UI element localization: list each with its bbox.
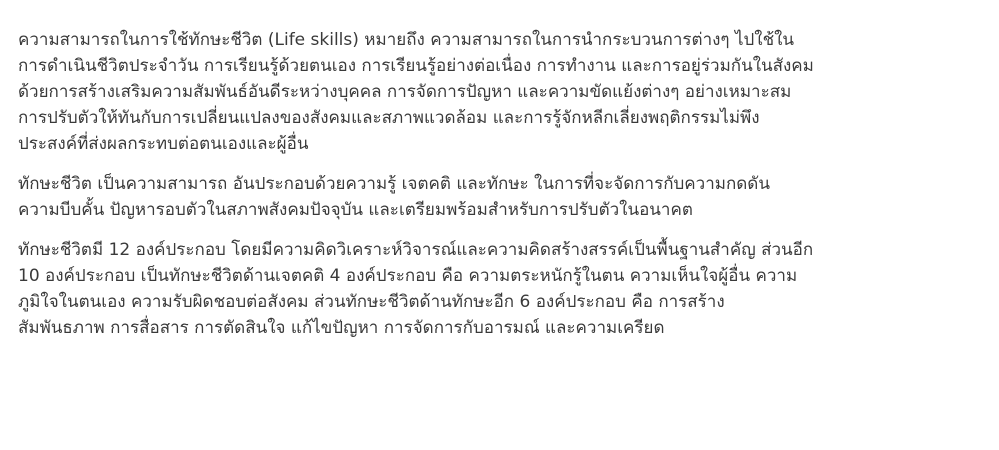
text-line: ทักษะชีวิตมี 12 องค์ประกอบ โดยมีความคิดว… bbox=[18, 237, 999, 263]
text-line: ภูมิใจในตนเอง ความรับผิดชอบต่อสังคม ส่วน… bbox=[18, 289, 999, 315]
text-line: การปรับตัวให้ทันกับการเปลี่ยนแปลงของสังค… bbox=[18, 105, 999, 131]
text-line: ทักษะชีวิต เป็นความสามารถ อันประกอบด้วยค… bbox=[18, 171, 999, 197]
paragraph-life-skills-ability: ทักษะชีวิต เป็นความสามารถ อันประกอบด้วยค… bbox=[18, 171, 999, 223]
text-line: ความบีบคั้น ปัญหารอบตัวในสภาพสังคมปัจจุบ… bbox=[18, 197, 999, 223]
text-line: ด้วยการสร้างเสริมความสัมพันธ์อันดีระหว่า… bbox=[18, 79, 999, 105]
text-line: 10 องค์ประกอบ เป็นทักษะชีวิตด้านเจตคติ 4… bbox=[18, 263, 999, 289]
text-line: สัมพันธภาพ การสื่อสาร การตัดสินใจ แก้ไขป… bbox=[18, 315, 999, 341]
document-body: ความสามารถในการใช้ทักษะชีวิต (Life skill… bbox=[18, 27, 999, 341]
text-line: ความสามารถในการใช้ทักษะชีวิต (Life skill… bbox=[18, 27, 999, 53]
text-line: ประสงค์ที่ส่งผลกระทบต่อตนเองและผู้อื่น bbox=[18, 131, 999, 157]
paragraph-life-skills-definition: ความสามารถในการใช้ทักษะชีวิต (Life skill… bbox=[18, 27, 999, 157]
paragraph-life-skills-components: ทักษะชีวิตมี 12 องค์ประกอบ โดยมีความคิดว… bbox=[18, 237, 999, 341]
text-line: การดำเนินชีวิตประจำวัน การเรียนรู้ด้วยตน… bbox=[18, 53, 999, 79]
